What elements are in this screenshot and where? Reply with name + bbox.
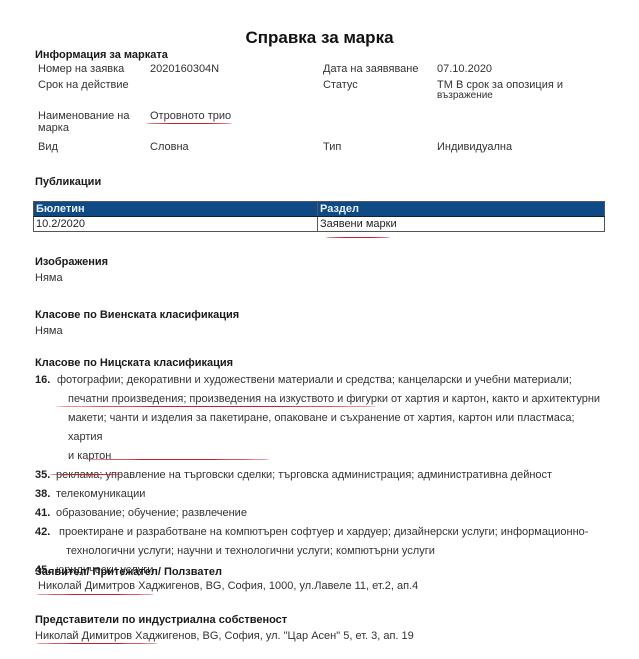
kind-value: Словна (150, 141, 189, 153)
app-number-value: 2020160304N (150, 63, 219, 75)
annotation-underline (36, 594, 154, 595)
nice-classes-list: 16. фотографии; декоративни и художестве… (35, 371, 610, 580)
class-text-line: проектиране и разработване на компютърен… (59, 523, 610, 542)
status-label: Статус (323, 79, 358, 91)
class-number: 41. (35, 504, 53, 523)
filing-date-label: Дата на заявяване (323, 63, 419, 75)
filing-date-value: 07.10.2020 (437, 63, 492, 75)
representatives-heading: Представители по индустриална собственос… (35, 614, 287, 626)
annotation-underline (36, 643, 158, 644)
column-header-section: Раздел (318, 202, 605, 217)
nice-class-16: 16. фотографии; декоративни и художестве… (35, 371, 610, 466)
name-label-line1: Наименование на (38, 110, 130, 122)
annotation-underline (146, 123, 232, 124)
column-header-bulletin: Бюлетин (34, 202, 318, 217)
images-heading: Изображения (35, 256, 108, 268)
publications-table: Бюлетин Раздел 10.2/2020 Заявени марки (33, 201, 605, 232)
type-label: Тип (323, 141, 341, 153)
annotation-underline (55, 406, 377, 407)
status-value-line2: възражение (437, 90, 493, 102)
cell-section: Заявени марки (318, 217, 605, 232)
representatives-value: Николай Димитров Хаджигенов, BG, София, … (35, 630, 414, 642)
table-header-row: Бюлетин Раздел (34, 202, 605, 217)
app-number-label: Номер на заявка (38, 63, 124, 75)
vienna-value: Няма (35, 325, 63, 337)
applicant-heading: Заявител/ Притежател/ Ползвател (35, 566, 222, 578)
class-text-line: фотографии; декоративни и художествени м… (57, 371, 610, 390)
applicant-value: Николай Димитров Хаджигенов, BG, София, … (35, 580, 418, 592)
publications-heading: Публикации (35, 176, 101, 188)
class-text-line: и картон (57, 447, 610, 466)
trademark-name-value: Отровното трио (150, 110, 231, 122)
class-text-line: макети; чанти и изделия за пакетиране, о… (57, 409, 610, 447)
class-number: 38. (35, 485, 53, 504)
class-number: 35. (35, 466, 53, 485)
annotation-underline (50, 474, 123, 475)
class-text-line: телекомуникации (56, 485, 610, 504)
vienna-heading: Класове по Виенската класификация (35, 309, 239, 321)
kind-label: Вид (38, 141, 58, 153)
class-text-line: образование; обучение; развлечение (56, 504, 610, 523)
nice-class-42: 42. проектиране и разработване на компют… (35, 523, 610, 561)
annotation-underline (85, 459, 270, 460)
table-row: 10.2/2020 Заявени марки (34, 217, 605, 232)
nice-class-35: 35. реклама; управление на търговски сде… (35, 466, 610, 485)
validity-label: Срок на действие (38, 79, 129, 91)
nice-heading: Класове по Ницската класификация (35, 357, 233, 369)
class-text-line: реклама; управление на търговски сделки;… (56, 466, 610, 485)
nice-class-41: 41. образование; обучение; развлечение (35, 504, 610, 523)
class-text-line: технологични услуги; научни и технологич… (59, 542, 610, 561)
class-number: 42. (35, 523, 53, 561)
annotation-underline (326, 237, 390, 238)
page-title: Справка за марка (0, 28, 639, 48)
class-number: 16. (35, 371, 53, 466)
nice-class-38: 38. телекомуникации (35, 485, 610, 504)
info-heading: Информация за марката (35, 49, 168, 61)
images-value: Няма (35, 272, 63, 284)
name-label-line2: марка (38, 122, 69, 134)
cell-bulletin: 10.2/2020 (34, 217, 318, 232)
type-value: Индивидуална (437, 141, 512, 153)
